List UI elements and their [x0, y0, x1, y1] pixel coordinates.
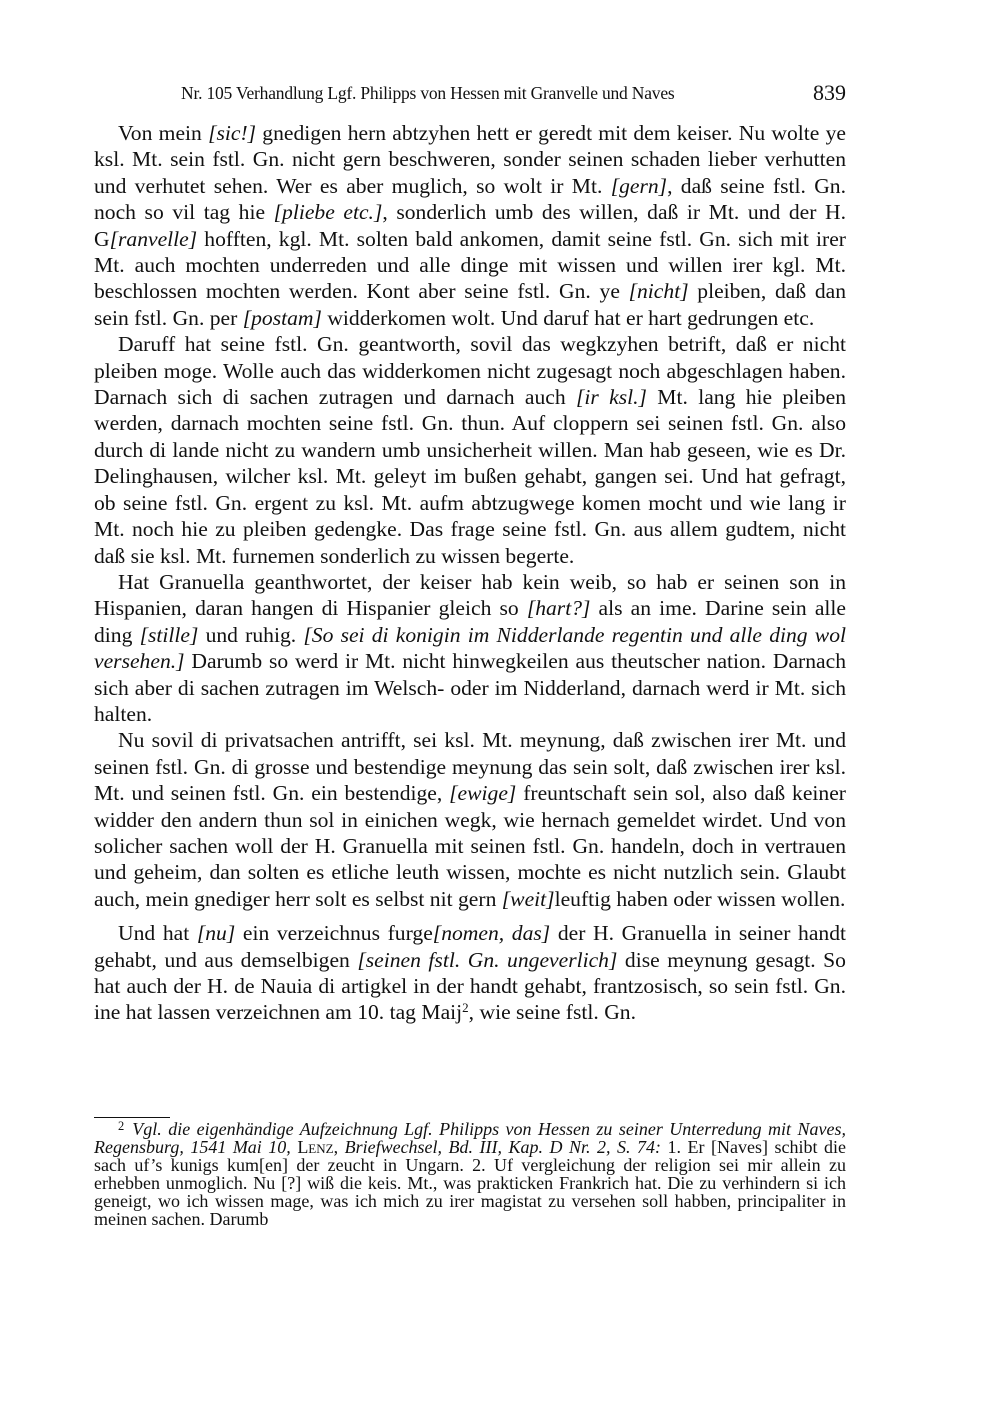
paragraph: Und hat [nu] ein verzeichnus furge[nomen…	[94, 920, 846, 1026]
text-run: Darumb so werd ir Mt. nicht hinwegkeilen…	[94, 649, 846, 726]
editorial-italic: [pliebe etc.]	[274, 200, 383, 224]
editorial-italic: [gern]	[611, 174, 667, 198]
text-run: leuftig haben oder wissen wollen.	[555, 887, 846, 911]
footnotes: 2Vgl. die eigenhändige Aufzeichnung Lgf.…	[94, 1120, 846, 1228]
footnote-mark: 2	[118, 1119, 124, 1133]
page-number: 839	[813, 80, 846, 106]
text-run: widderkomen wolt. Und daruf hat er hart …	[322, 306, 814, 330]
page-header: Nr. 105 Verhandlung Lgf. Philipps von He…	[94, 80, 846, 110]
editorial-italic: Briefwechsel, Bd. III, Kap. D Nr. 2, S. …	[345, 1137, 661, 1157]
paragraph: Hat Granuella geanthwortet, der keiser h…	[94, 569, 846, 727]
text-run: ein verzeichnus furge	[235, 921, 433, 945]
paragraph: Von mein [sic!] gnedigen hern abtzyhen h…	[94, 120, 846, 331]
footnote-separator	[94, 1117, 170, 1118]
editorial-italic: [weit]	[502, 887, 555, 911]
editorial-italic: [nu]	[197, 921, 235, 945]
editorial-italic: [ewige]	[449, 781, 516, 805]
editorial-italic: [sic!]	[208, 121, 256, 145]
running-title: Nr. 105 Verhandlung Lgf. Philipps von He…	[181, 83, 675, 104]
main-text: Von mein [sic!] gnedigen hern abtzyhen h…	[94, 120, 846, 1026]
paragraph: Nu sovil di privatsachen antrifft, sei k…	[94, 727, 846, 912]
editorial-italic: [ranvelle]	[110, 227, 198, 251]
text-run: ,	[334, 1137, 345, 1157]
author-name: Lenz	[297, 1137, 333, 1157]
editorial-italic: [seinen fstl. Gn. ungeverlich]	[357, 948, 617, 972]
editorial-italic: [stille]	[140, 623, 199, 647]
text-run: Von mein	[118, 121, 208, 145]
text-run: Und hat	[118, 921, 197, 945]
text-run: Mt. lang hie pleiben werden, darnach moc…	[94, 385, 846, 567]
editorial-italic: [ir ksl.]	[576, 385, 647, 409]
editorial-italic: [nomen, das]	[433, 921, 550, 945]
text-run: und ruhig.	[198, 623, 303, 647]
editorial-italic: [nicht]	[629, 279, 689, 303]
paragraph: Daruff hat seine fstl. Gn. geantworth, s…	[94, 331, 846, 569]
editorial-italic: [postam]	[243, 306, 322, 330]
footnote: 2Vgl. die eigenhändige Aufzeichnung Lgf.…	[94, 1120, 846, 1228]
editorial-italic: [hart?]	[527, 596, 591, 620]
text-run: , wie seine fstl. Gn.	[469, 1000, 636, 1024]
